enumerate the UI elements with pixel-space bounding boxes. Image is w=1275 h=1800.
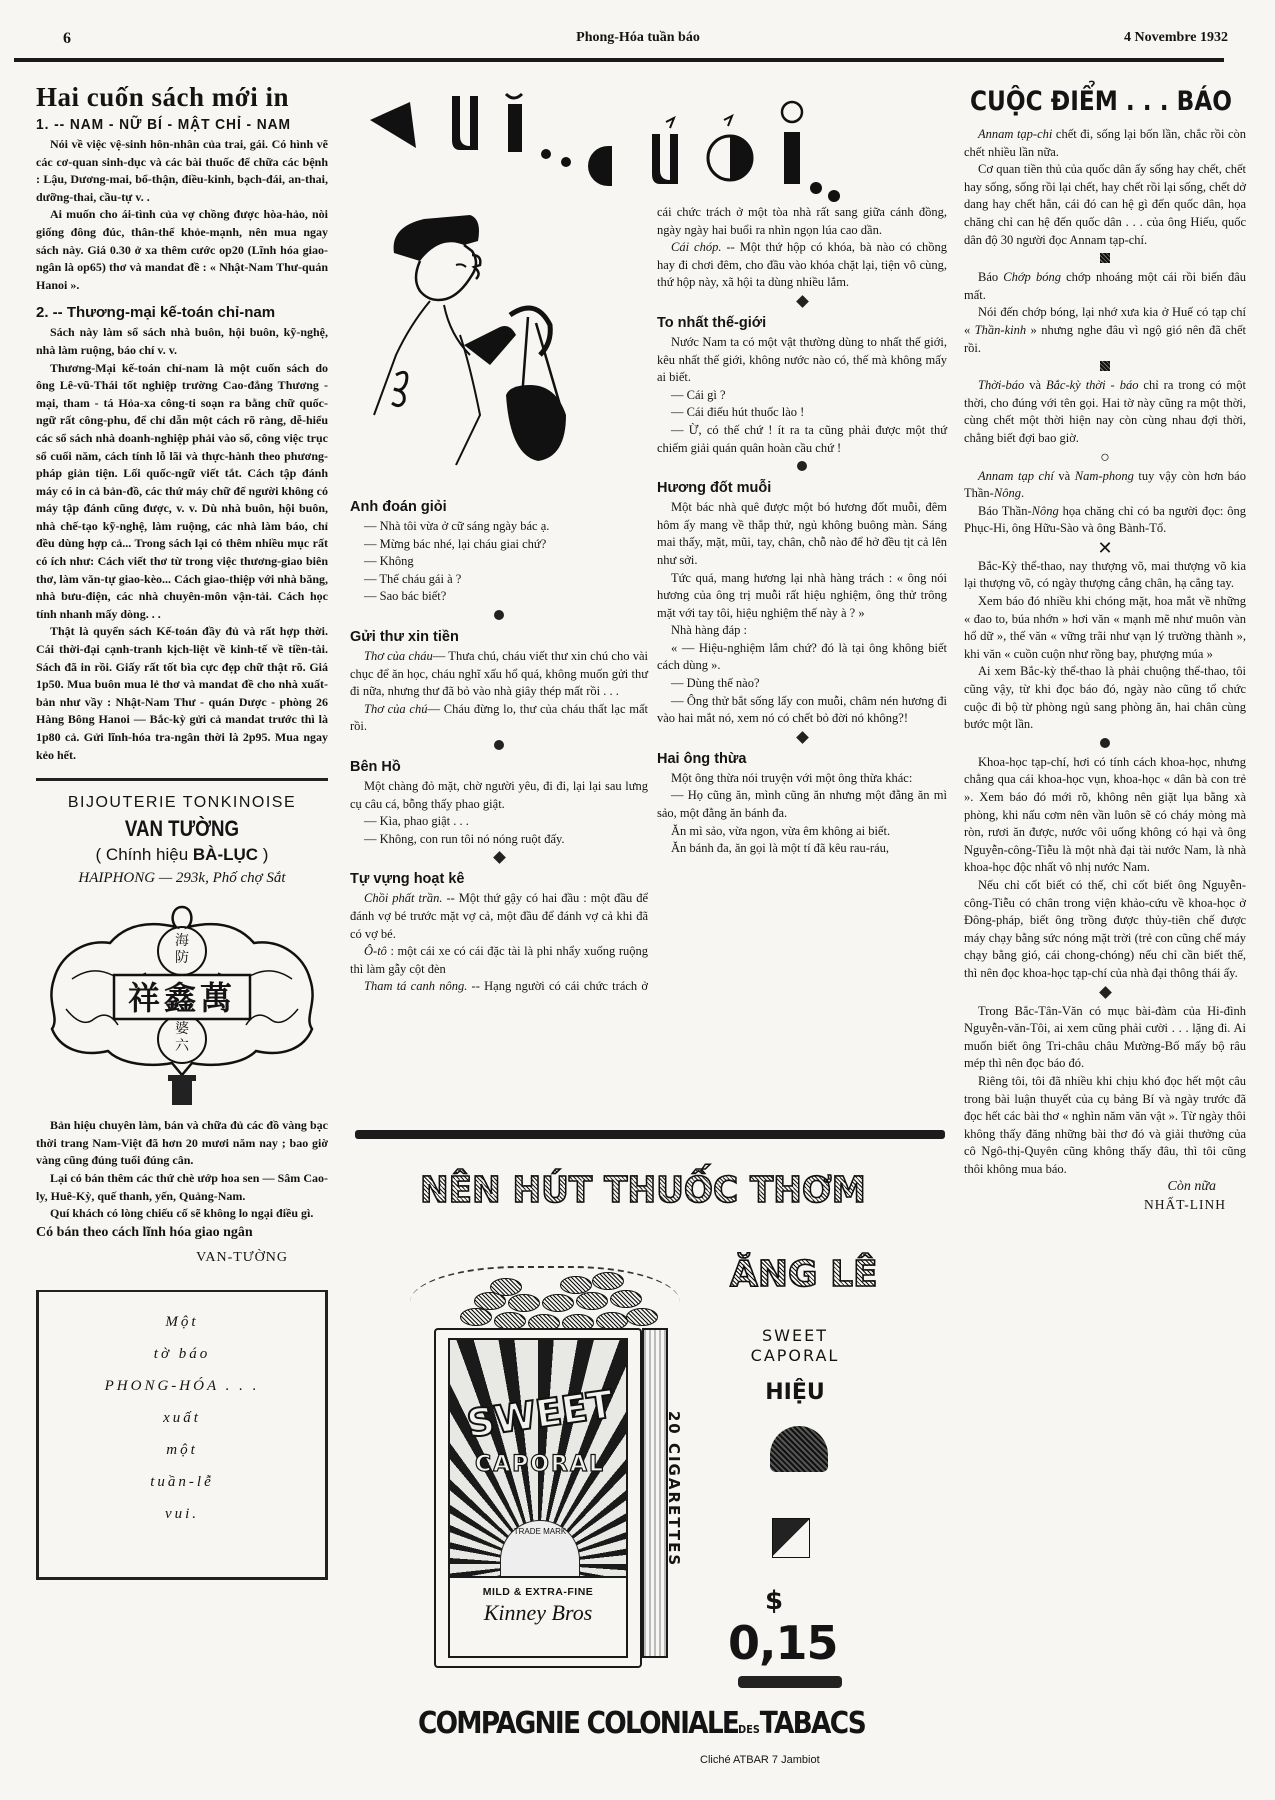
poem-line: tuần-lễ <box>39 1466 325 1498</box>
jeweler-paragraph: Lại có bán thêm các thứ chè ướp hoa sen … <box>36 1170 328 1205</box>
joke-title: Bên Hồ <box>350 756 648 778</box>
masthead: 6 Phong-Hóa tuần báo 4 Novembre 1932 <box>48 28 1228 56</box>
glossary-entry: Cái chóp. -- Một thứ hộp có khóa, bà nào… <box>657 239 947 292</box>
article-paragraph: Bắc-Kỳ thể-thao, nay thượng võ, mai thượ… <box>964 558 1246 593</box>
joke-paragraph: — Họ cũng ăn, mình cũng ăn nhưng một đằn… <box>657 787 947 822</box>
term: Chồi phất trần. <box>364 891 442 905</box>
subtitle-prefix: ( Chính hiệu <box>96 845 193 864</box>
emblem-main-chars: 祥鑫萬 <box>114 979 250 1017</box>
joke-paragraph: Một chàng đỏ mặt, chờ người yêu, đi đi, … <box>350 778 648 813</box>
issue-date: 4 Novembre 1932 <box>1124 30 1228 46</box>
pack-signature: Kinney Bros <box>450 1600 626 1626</box>
left-column: Hai cuốn sách mới in 1. -- NAM - NỮ BÍ -… <box>36 80 328 1580</box>
pack-side: 20 CIGARETTES <box>642 1328 668 1658</box>
article-paragraph: Thời-báo và Bắc-kỳ thời - báo chỉ ra tro… <box>964 377 1246 447</box>
glossary-entry: Chồi phất trần. -- Một thứ gậy có hai đầ… <box>350 890 648 943</box>
book2-paragraph: Sách này làm sổ sách nhà buôn, hội buôn,… <box>36 324 328 359</box>
speaker: Thơ của cháu <box>364 649 433 663</box>
joke-paragraph: Ăn bánh đa, ăn gọi là một tí đã kêu rau-… <box>657 840 947 858</box>
speaker: Thơ của chú <box>364 702 427 716</box>
header-rule <box>14 58 1224 62</box>
book1-paragraph: Ai muốn cho ái-tình của vợ chồng được hò… <box>36 206 328 294</box>
separator-diamond-icon <box>964 983 1246 1003</box>
poem-line: Một <box>39 1306 325 1338</box>
jeweler-brand: BIJOUTERIE TONKINOISE <box>36 791 328 815</box>
article-block: Thời-báo và Bắc-kỳ thời - báo chỉ ra tro… <box>964 377 1246 447</box>
pack-title: SWEET <box>456 1381 625 1447</box>
separator-diamond-icon <box>657 292 947 312</box>
separator-circle-icon: ○ <box>964 448 1246 468</box>
article-paragraph: Trong Bắc-Tân-Văn có mục bài-đàm của Hi-… <box>964 1003 1246 1073</box>
article-paragraph: Riêng tôi, tôi đã nhiều khi chịu khó đọc… <box>964 1073 1246 1179</box>
company-name: COMPAGNIE COLONIALEDESTABACS <box>418 1706 865 1741</box>
article-headline: CUỘC ĐIỂM . . . BÁO <box>970 82 1207 122</box>
pack-trademark: TRADE MARK <box>500 1520 580 1578</box>
middle-column-left: Anh đoán giỏi — Nhà tôi vừa ở cữ sáng ng… <box>350 496 648 996</box>
joke-line: — Sao bác biết? <box>350 588 648 606</box>
brand-en: SWEET CAPORAL <box>740 1326 850 1366</box>
joke-line: — Dùng thế nào? <box>657 675 947 693</box>
cartoon-illustration: B <box>360 205 660 495</box>
subtitle-bold: BÀ-LỤC <box>193 845 258 864</box>
article-paragraph: Cơ quan tiền thủ của quốc dân ấy sống ha… <box>964 161 1246 249</box>
joke-title: Tự vựng hoạt kê <box>350 868 648 890</box>
book1-title: 1. -- NAM - NỮ BÍ - MẬT CHỈ - NAM <box>36 114 305 136</box>
emblem-top-chars: 海防 <box>170 933 194 967</box>
article-block: Annam tạp chí và Nam-phong tuy vậy còn h… <box>964 468 1246 538</box>
currency-symbol: $ <box>765 1586 783 1616</box>
joke-line: — Mừng bác nhé, lại cháu giai chứ? <box>350 536 648 554</box>
jeweler-paragraph: Bản hiệu chuyên làm, bán và chữa đủ các … <box>36 1117 328 1170</box>
price: 0,15 <box>728 1616 838 1670</box>
article-block: Trong Bắc-Tân-Văn có mục bài-đàm của Hi-… <box>964 1003 1246 1179</box>
ad-headline: NÊN HÚT THUỐC THƠM <box>420 1170 866 1211</box>
separator-square-icon <box>964 357 1246 377</box>
term: Tham tá canh nông. <box>364 979 467 993</box>
joke-title: Gửi thư xin tiền <box>350 626 648 648</box>
definition: : một cái xe có cái đặc tài là phi nhẩy … <box>350 944 648 976</box>
book1-paragraph: Nói về việc vệ-sinh hôn-nhân của trai, g… <box>36 136 328 206</box>
poem-line: vui. <box>39 1498 325 1530</box>
joke-paragraph: Thơ của cháu— Thưa chú, cháu viết thư xi… <box>350 648 648 701</box>
joke-paragraph: Một ông thừa nói truyện với một ông thừa… <box>657 770 947 788</box>
article-block: Annam tạp-chi chết đi, sống lại bốn lần,… <box>964 126 1246 249</box>
joke-paragraph: Một bác nhà quê được một bó hương đốt mu… <box>657 499 947 569</box>
article-paragraph: Báo Thần-Nông họa chăng chỉ có ba người … <box>964 503 1246 538</box>
joke-title: Hương đốt muỗi <box>657 477 947 499</box>
term: Cái chóp. <box>671 240 721 254</box>
jeweler-emblem: 海防 祥鑫萬 婆六 <box>42 899 322 1111</box>
joke-line: — Cái gì ? <box>657 387 947 405</box>
middle-column-right: cái chức trách ở một tòa nhà rất sang gi… <box>657 204 947 858</box>
hieu-label: HIỆU <box>740 1380 850 1405</box>
joke-line: — Không <box>350 553 648 571</box>
joke-title: Anh đoán giỏi <box>350 496 648 518</box>
company-des: DES <box>738 1723 760 1736</box>
joke-line: — Thế cháu gái à ? <box>350 571 648 589</box>
jeweler-paragraph: Quí khách có lòng chiếu cố sẽ không lo n… <box>36 1205 328 1223</box>
joke-line: — Cái điếu hút thuốc lào ! <box>657 404 947 422</box>
jeweler-name: VAN TƯỜNG <box>58 815 306 843</box>
joke-paragraph: Nước Nam ta có một vật thường dùng to nh… <box>657 334 947 387</box>
flag-icon <box>772 1518 810 1558</box>
hat-icon <box>770 1426 828 1472</box>
separator-square-icon <box>964 249 1246 269</box>
book2-paragraph: Thương-Mại kế-toán chỉ-nam là một cuốn s… <box>36 360 328 624</box>
poem-line: PHONG-HÓA . . . <box>39 1370 325 1402</box>
poem-line: xuất <box>39 1402 325 1434</box>
to-be-continued: Còn nữa <box>964 1178 1246 1196</box>
separator-dot-icon <box>350 736 648 756</box>
book2-paragraph: Thật là quyển sách Kế-toán đầy đủ và rất… <box>36 623 328 764</box>
article-paragraph: Xem báo đó nhiều khi chóng mặt, hoa mắt … <box>964 593 1246 663</box>
joke-line: — Không, con run tôi nó nóng ruột đấy. <box>350 831 648 849</box>
article-paragraph: Báo Chớp bóng chớp nhoáng một cái rồi bi… <box>964 269 1246 304</box>
joke-paragraph: — Ông thử bắt sống lấy con muỗi, châm né… <box>657 693 947 728</box>
vui-cuoi-title: VUI.. CƯỜI.. <box>360 84 960 204</box>
pack-bottom-label: MILD & EXTRA-FINE Kinney Bros <box>448 1578 628 1658</box>
glossary-entry: Ô-tô : một cái xe có cái đặc tài là phi … <box>350 943 648 978</box>
glossary-entry: Tham tá canh nông. -- Hạng người có cái … <box>350 978 648 996</box>
article-paragraph: Khoa-học tạp-chí, hơi có tính cách khoa-… <box>964 754 1246 877</box>
joke-line: — Nhà tôi vừa ở cữ sáng ngày bác ạ. <box>350 518 648 536</box>
newspaper-title: Phong-Hóa tuần báo <box>48 30 1228 46</box>
separator-dot-icon <box>964 734 1246 754</box>
pack-subtitle: CAPORAL <box>458 1452 622 1477</box>
section-divider <box>36 778 328 781</box>
separator-diamond-icon <box>657 728 947 748</box>
brand-en-line1: SWEET <box>740 1326 850 1346</box>
company-main: COMPAGNIE COLONIALE <box>418 1706 738 1741</box>
pack-side-text: 20 CIGARETTES <box>665 1411 683 1567</box>
joke-paragraph: Tức quá, mang hương lại nhà hàng trách :… <box>657 570 947 623</box>
article-paragraph: Annam tạp-chi chết đi, sống lại bốn lần,… <box>964 126 1246 161</box>
books-headline: Hai cuốn sách mới in <box>36 80 328 114</box>
article-paragraph: Nếu chỉ cốt biết có thế, chỉ cốt biết ôn… <box>964 877 1246 983</box>
separator-dot-icon <box>657 457 947 477</box>
glossary-continuation: cái chức trách ở một tòa nhà rất sang gi… <box>657 204 947 239</box>
joke-paragraph: Ăn mì sảo, vừa ngon, vừa êm không ai biế… <box>657 823 947 841</box>
joke-paragraph: « — Hiệu-nghiệm lắm chứ? đó là tại ông k… <box>657 640 947 675</box>
cartoon-man-icon <box>360 205 660 495</box>
pack-label: SWEET CAPORAL TRADE MARK <box>448 1338 628 1578</box>
separator-diamond-icon <box>350 848 648 868</box>
separator-dot-icon <box>350 606 648 626</box>
poem-box: Một tờ báo PHONG-HÓA . . . xuất một tuần… <box>36 1290 328 1580</box>
article-block: Báo Chớp bóng chớp nhoáng một cái rồi bi… <box>964 269 1246 357</box>
pack-tagline: MILD & EXTRA-FINE <box>450 1586 626 1598</box>
joke-line: — Kìa, phao giật . . . <box>350 813 648 831</box>
book2-title: 2. -- Thương-mại kế-toán chỉ-nam <box>36 302 328 324</box>
joke-title: To nhất thế-giới <box>657 312 947 334</box>
tobacco-advertisement: NÊN HÚT THUỐC THƠM 20 CIGARETTES SWEET C… <box>360 1148 945 1778</box>
article-block: Bắc-Kỳ thể-thao, nay thượng võ, mai thượ… <box>964 558 1246 734</box>
article-paragraph: Nói đến chớp bóng, lại nhớ xưa kia ở Huế… <box>964 304 1246 357</box>
jeweler-cod: Có bán theo cách lĩnh hóa giao ngân <box>36 1223 328 1243</box>
jeweler-signature: VAN-TƯỜNG <box>36 1249 328 1267</box>
subtitle-suffix: ) <box>258 845 268 864</box>
author-signature: NHẤT-LINH <box>964 1196 1246 1214</box>
article-paragraph: Annam tạp chí và Nam-phong tuy vậy còn h… <box>964 468 1246 503</box>
article-block: Khoa-học tạp-chí, hơi có tính cách khoa-… <box>964 754 1246 983</box>
image-credit: Cliché ATBAR 7 Jambiot <box>700 1754 820 1766</box>
price-underline <box>738 1676 842 1688</box>
emblem-bottom-chars: 婆六 <box>170 1021 194 1055</box>
joke-paragraph: Thơ của chú— Cháu đừng lo, thư của cháu … <box>350 701 648 736</box>
brand-vn: ĂNG LÊ <box>730 1254 878 1295</box>
article-paragraph: Ai xem Bắc-kỳ thể-thao là phải chuộng th… <box>964 663 1246 733</box>
poem-line: một <box>39 1434 325 1466</box>
joke-line: — Ừ, có thế chứ ! ít ra ta cũng phải đượ… <box>657 422 947 457</box>
separator-cross-icon: ✕ <box>964 538 1246 558</box>
joke-paragraph: Nhà hàng đáp : <box>657 622 947 640</box>
right-column: CUỘC ĐIỂM . . . BÁO Annam tạp-chi chết đ… <box>964 82 1246 1214</box>
jeweler-ad: BIJOUTERIE TONKINOISE VAN TƯỜNG ( Chính … <box>36 791 328 1266</box>
section-divider <box>355 1130 945 1139</box>
brand-en-line2: CAPORAL <box>740 1346 850 1366</box>
vui-cuoi-lettering-icon <box>360 84 960 204</box>
joke-title: Hai ông thừa <box>657 748 947 770</box>
poem-line: tờ báo <box>39 1338 325 1370</box>
jeweler-address: HAIPHONG — 293k, Phố chợ Sắt <box>36 867 328 889</box>
term: Ô-tô <box>364 944 387 958</box>
jeweler-subtitle: ( Chính hiệu BÀ-LỤC ) <box>36 843 328 867</box>
cigarette-pack: 20 CIGARETTES SWEET CAPORAL TRADE MARK M… <box>390 1258 680 1698</box>
company-end: TABACS <box>760 1706 865 1741</box>
